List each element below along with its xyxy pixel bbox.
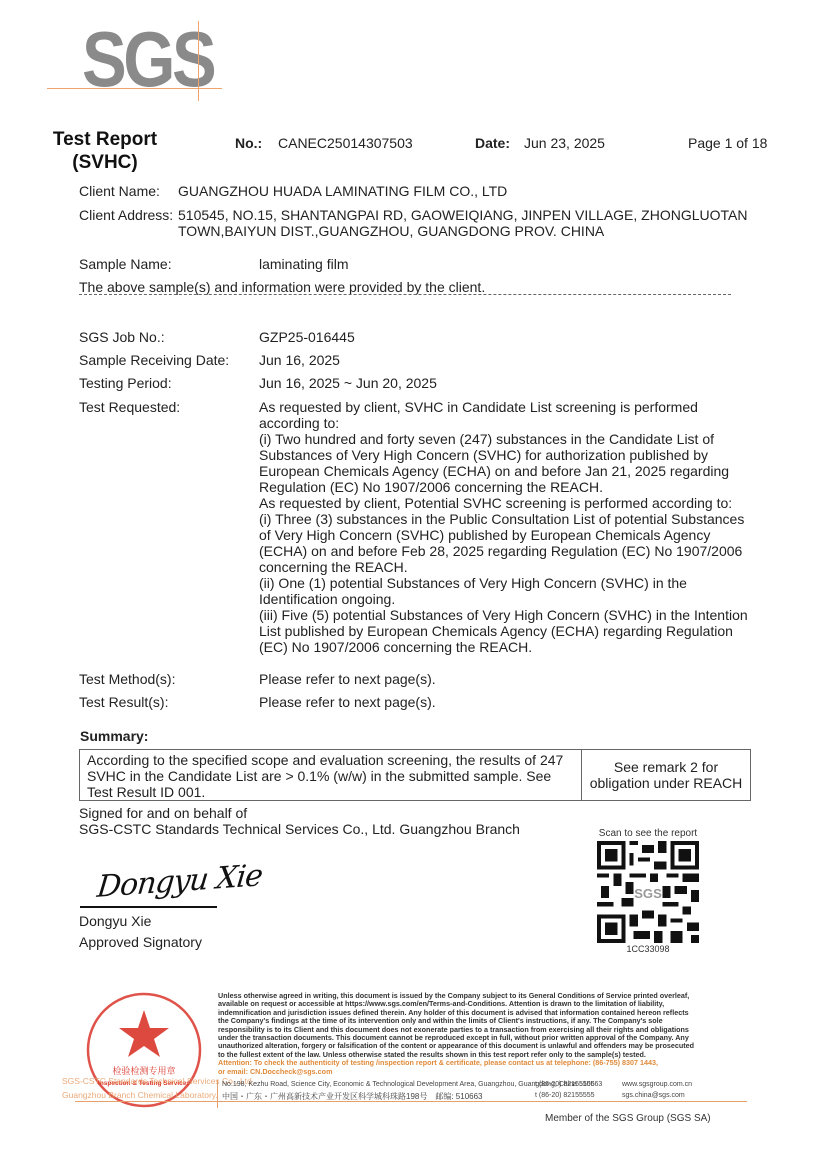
sample-name-value: laminating film <box>259 256 348 272</box>
requested-line: (i) Three (3) substances in the Public C… <box>259 511 759 527</box>
requested-line: List published by European Chemicals Age… <box>259 623 759 639</box>
requested-line: of Very High Concern (SVHC) published by… <box>259 527 759 543</box>
summary-table: According to the specified scope and eva… <box>79 749 751 801</box>
sample-name-label: Sample Name: <box>79 256 172 272</box>
requested-line: (ECHA) on and before Feb 28, 2025 regard… <box>259 543 759 559</box>
signatory-role: Approved Signatory <box>79 934 202 950</box>
footer-rule <box>75 1101 747 1102</box>
signing-company: SGS-CSTC Standards Technical Services Co… <box>79 821 520 837</box>
client-address-label: Client Address: <box>79 207 173 223</box>
report-no-label: No.: <box>235 135 262 151</box>
qr-code-icon[interactable]: SGS <box>597 841 699 943</box>
requested-line: concerning the REACH. <box>259 559 759 575</box>
test-requested-text: As requested by client, SVHC in Candidat… <box>259 399 759 655</box>
logo-vertical-rule <box>198 21 199 101</box>
handwritten-signature: Dongyu Xie <box>95 858 263 905</box>
footer-phone-1: t (86-20) 82155555 <box>535 1081 595 1088</box>
footer-website-link[interactable]: www.sgsgroup.com.cn <box>622 1081 692 1088</box>
qr-caption: Scan to see the report <box>592 828 704 839</box>
requested-line: Identification ongoing. <box>259 591 759 607</box>
requested-line: European Chemicals Agency (ECHA) on and … <box>259 463 759 479</box>
client-address-line1: 510545, NO.15, SHANTANGPAI RD, GAOWEIQIA… <box>178 207 747 223</box>
signatory-name: Dongyu Xie <box>79 913 151 929</box>
testing-period-value: Jun 16, 2025 ~ Jun 20, 2025 <box>259 375 759 391</box>
test-requested-label: Test Requested: <box>79 399 180 415</box>
requested-line: Regulation (EC) No 1907/2006 concerning … <box>259 479 759 495</box>
report-title-line1: Test Report <box>40 128 170 151</box>
sample-note: The above sample(s) and information were… <box>79 279 485 295</box>
date-label: Date: <box>475 135 510 151</box>
requested-line: (i) Two hundred and forty seven (247) su… <box>259 431 759 447</box>
test-method-value: Please refer to next page(s). <box>259 671 759 687</box>
summary-line: Test Result ID 001. <box>87 784 574 800</box>
job-no-label: SGS Job No.: <box>79 329 165 345</box>
requested-line: Substances of Very High Concern (SVHC) f… <box>259 447 759 463</box>
testing-period-label: Testing Period: <box>79 375 172 391</box>
summary-remark-cell: See remark 2 for obligation under REACH <box>582 750 750 800</box>
receiving-date-label: Sample Receiving Date: <box>79 352 229 368</box>
requested-line: (iii) Five (5) potential Substances of V… <box>259 607 759 623</box>
page-number: Page 1 of 18 <box>688 135 767 151</box>
footer-disclaimer: Unless otherwise agreed in writing, this… <box>218 992 699 1076</box>
report-no-value: CANEC25014307503 <box>278 135 413 151</box>
sgs-group-member: Member of the SGS Group (SGS SA) <box>545 1113 711 1124</box>
test-result-label: Test Result(s): <box>79 694 168 710</box>
date-value: Jun 23, 2025 <box>524 135 605 151</box>
test-method-label: Test Method(s): <box>79 671 175 687</box>
signed-on-behalf: Signed for and on behalf of <box>79 805 247 821</box>
requested-line: As requested by client, Potential SVHC s… <box>259 495 759 511</box>
footer-vertical-rule <box>217 1080 218 1108</box>
receiving-date-value: Jun 16, 2025 <box>259 352 759 368</box>
attention-email-link[interactable]: or email: CN.Doccheck@sgs.com <box>218 1068 699 1076</box>
logo-horizontal-rule <box>47 88 222 89</box>
remark-line: See remark 2 for <box>590 759 743 775</box>
footer-phone-2: t (86-20) 82155555 <box>535 1092 595 1099</box>
client-name-label: Client Name: <box>79 183 160 199</box>
job-no-value: GZP25-016445 <box>259 329 759 345</box>
qr-id: 1CC33098 <box>597 944 699 954</box>
requested-line: (EC) No 1907/2006 concerning the REACH. <box>259 639 759 655</box>
client-name-value: GUANGZHOU HUADA LAMINATING FILM CO., LTD <box>178 183 507 199</box>
requested-line: As requested by client, SVHC in Candidat… <box>259 399 759 415</box>
client-address-line2: TOWN,BAIYUN DIST.,GUANGZHOU, GUANGDONG P… <box>178 223 604 239</box>
report-title: Test Report (SVHC) <box>40 128 170 174</box>
summary-line: SVHC in the Candidate List are > 0.1% (w… <box>87 768 574 784</box>
report-title-line2: (SVHC) <box>40 151 170 174</box>
requested-line: (ii) One (1) potential Substances of Ver… <box>259 575 759 591</box>
requested-line: according to: <box>259 415 759 431</box>
summary-line: According to the specified scope and eva… <box>87 752 574 768</box>
footer-email-link[interactable]: sgs.china@sgs.com <box>622 1092 685 1099</box>
test-result-value: Please refer to next page(s). <box>259 694 759 710</box>
sgs-logo: SGS <box>82 20 213 98</box>
dashed-separator <box>79 294 731 296</box>
summary-title: Summary: <box>80 728 148 744</box>
signature-line <box>80 906 217 908</box>
svg-text:SGS: SGS <box>634 886 662 901</box>
remark-line: obligation under REACH <box>590 775 743 791</box>
summary-result-cell: According to the specified scope and eva… <box>80 750 582 800</box>
